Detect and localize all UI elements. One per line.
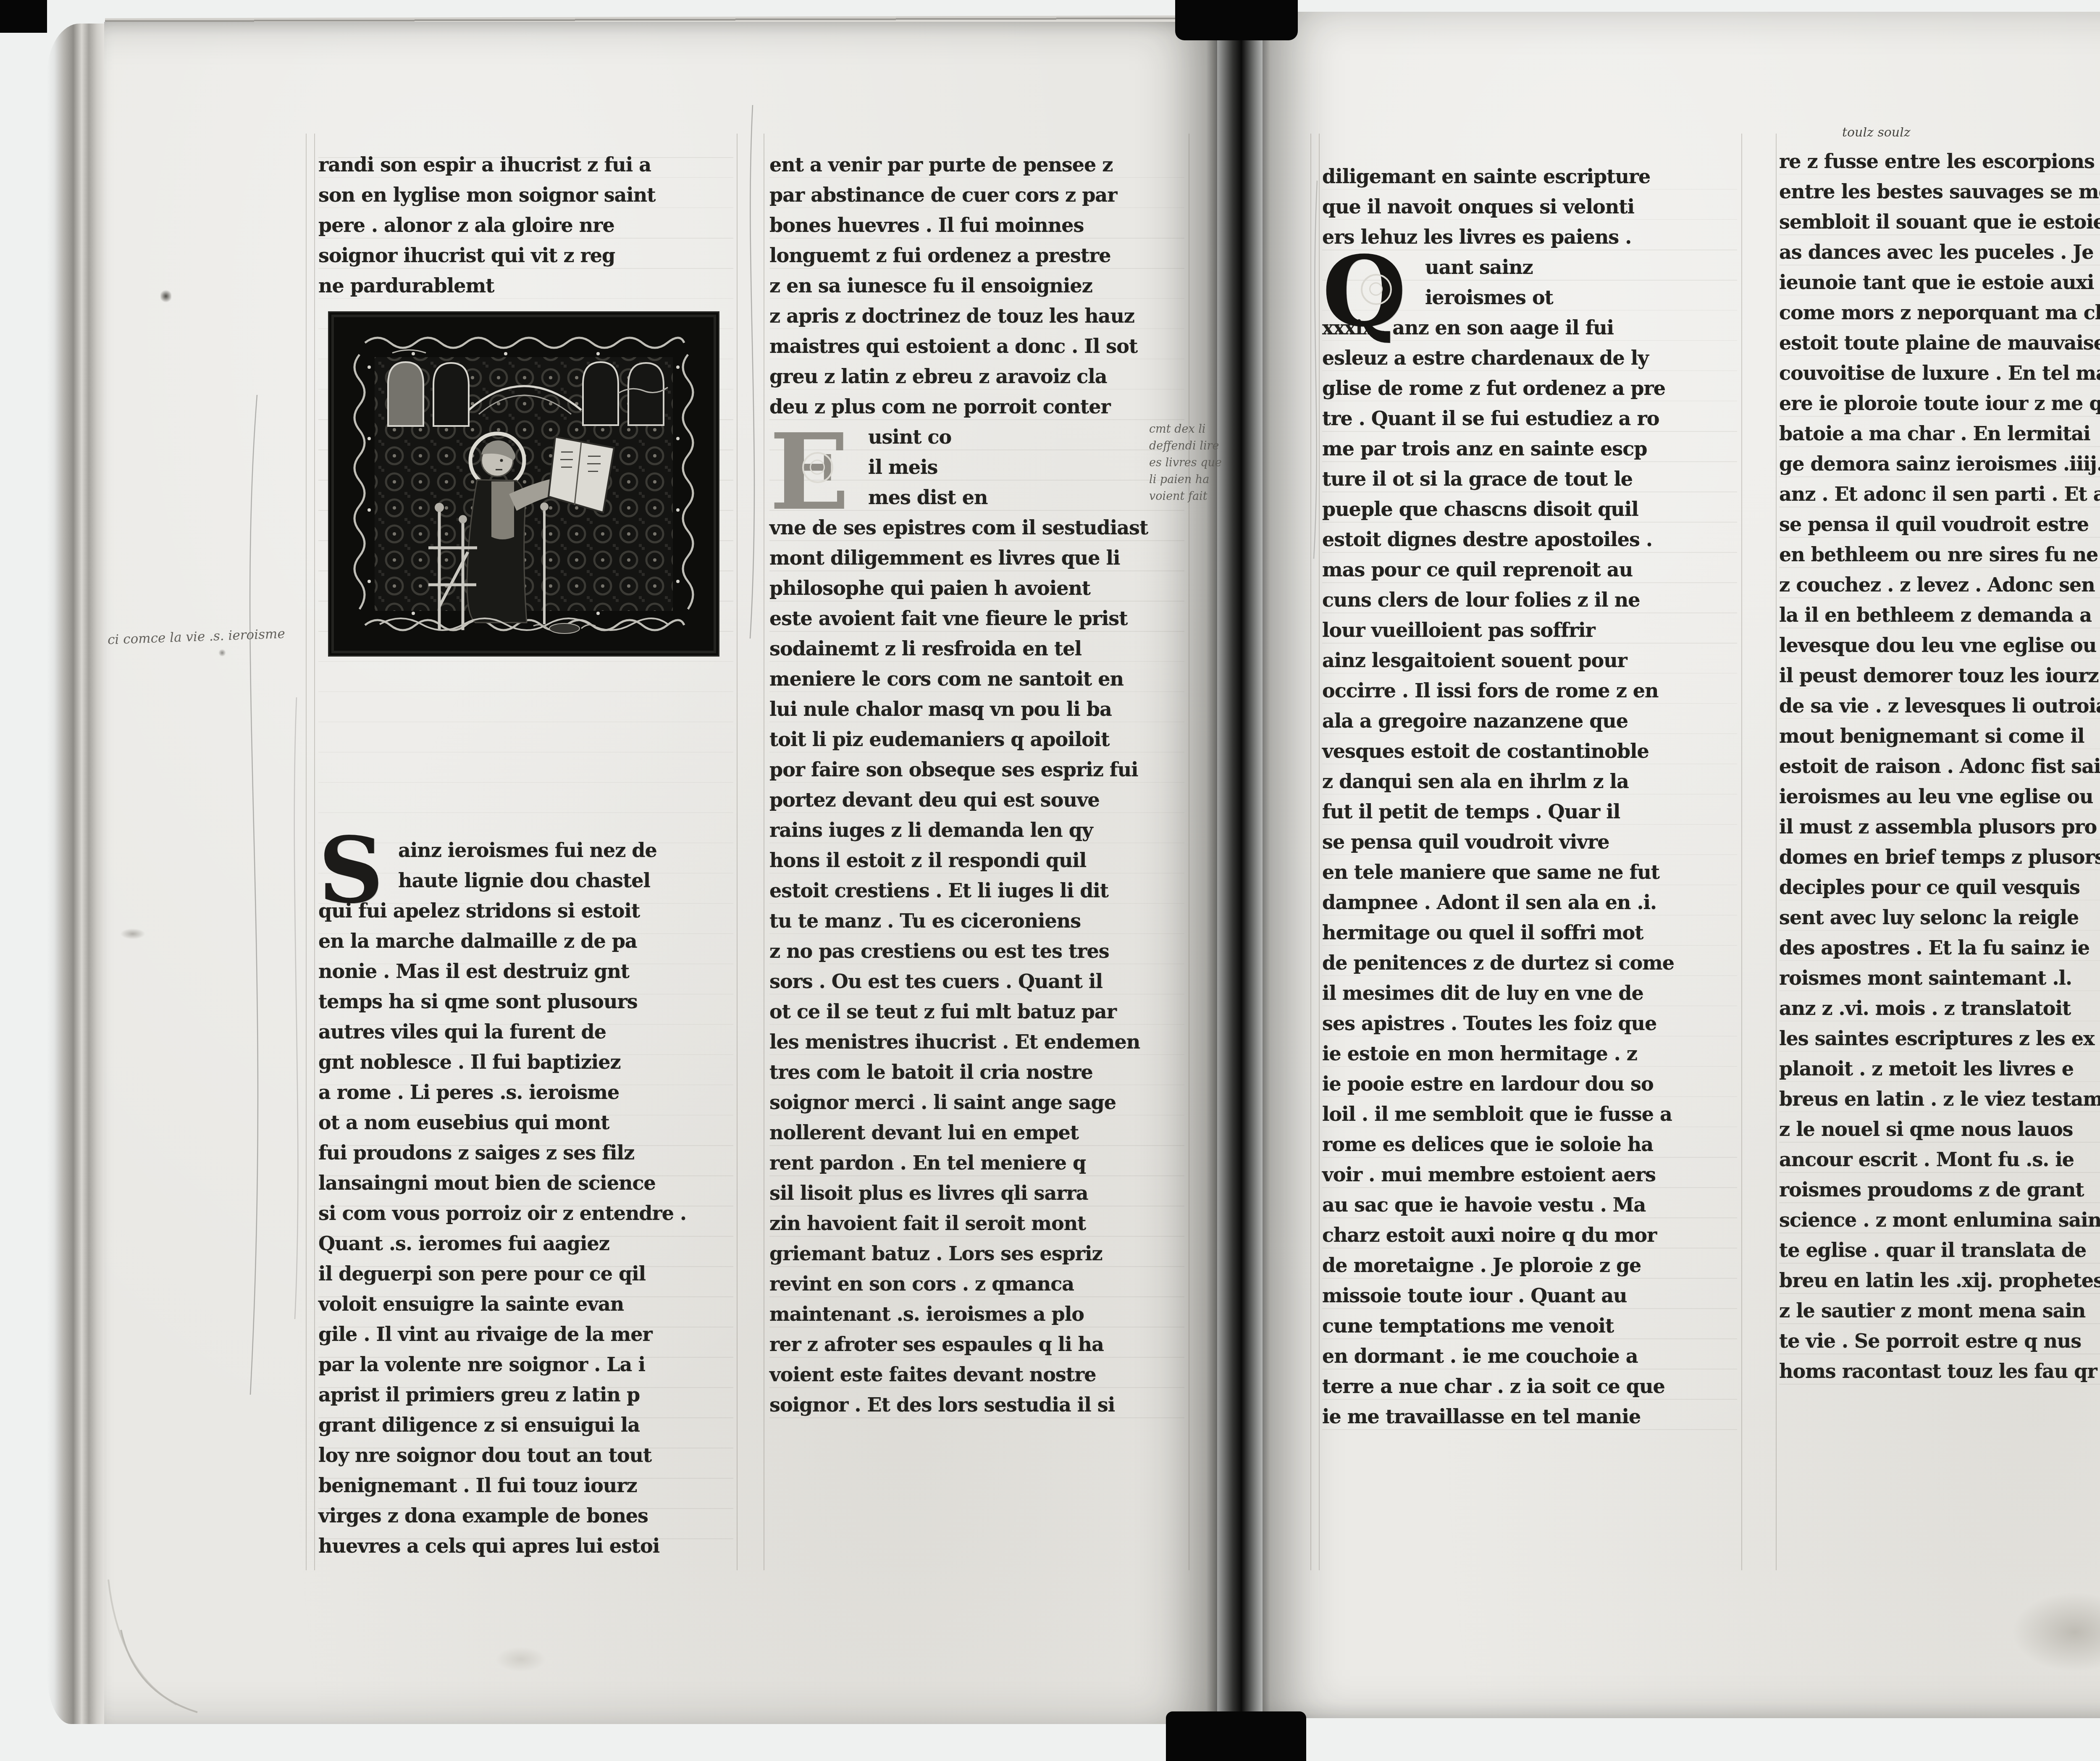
pen-flourish-overlay	[0, 0, 2100, 1761]
manuscript-photo: randi son espir a ihucrist z fui ason en…	[0, 0, 2100, 1761]
